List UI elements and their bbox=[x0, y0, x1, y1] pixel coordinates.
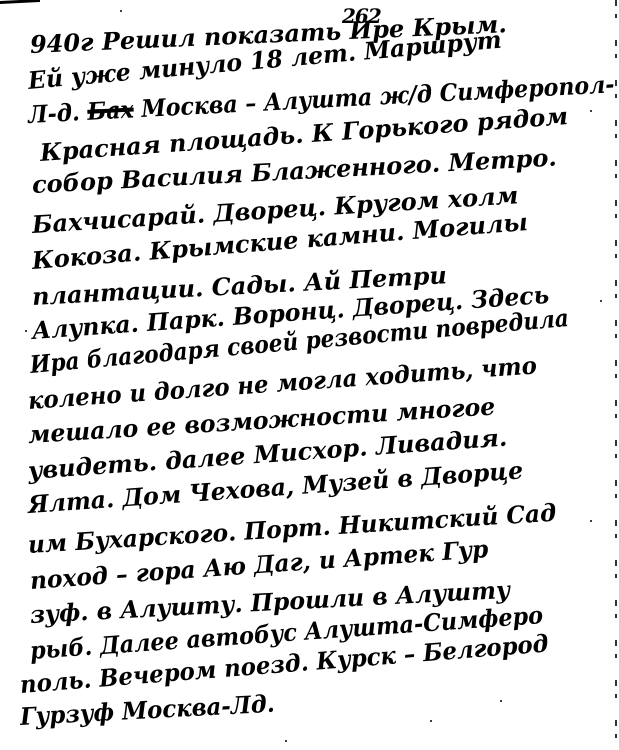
scan-noise bbox=[470, 30, 472, 32]
scan-noise bbox=[590, 520, 592, 522]
scan-noise bbox=[590, 110, 592, 112]
scan-noise bbox=[600, 300, 602, 302]
line-prefix: Л-д. bbox=[27, 97, 88, 129]
scan-noise bbox=[285, 740, 287, 742]
scan-noise bbox=[430, 720, 432, 722]
scan-noise bbox=[120, 10, 122, 12]
scan-noise bbox=[500, 700, 502, 702]
scan-noise bbox=[25, 330, 27, 332]
manuscript-page: 262 940г Решил показать Ире Крым. Ей уже… bbox=[0, 0, 619, 750]
scan-edge-mark bbox=[0, 0, 40, 4]
struck-word: Бах bbox=[87, 94, 135, 125]
scan-edge-shadow bbox=[615, 0, 617, 750]
